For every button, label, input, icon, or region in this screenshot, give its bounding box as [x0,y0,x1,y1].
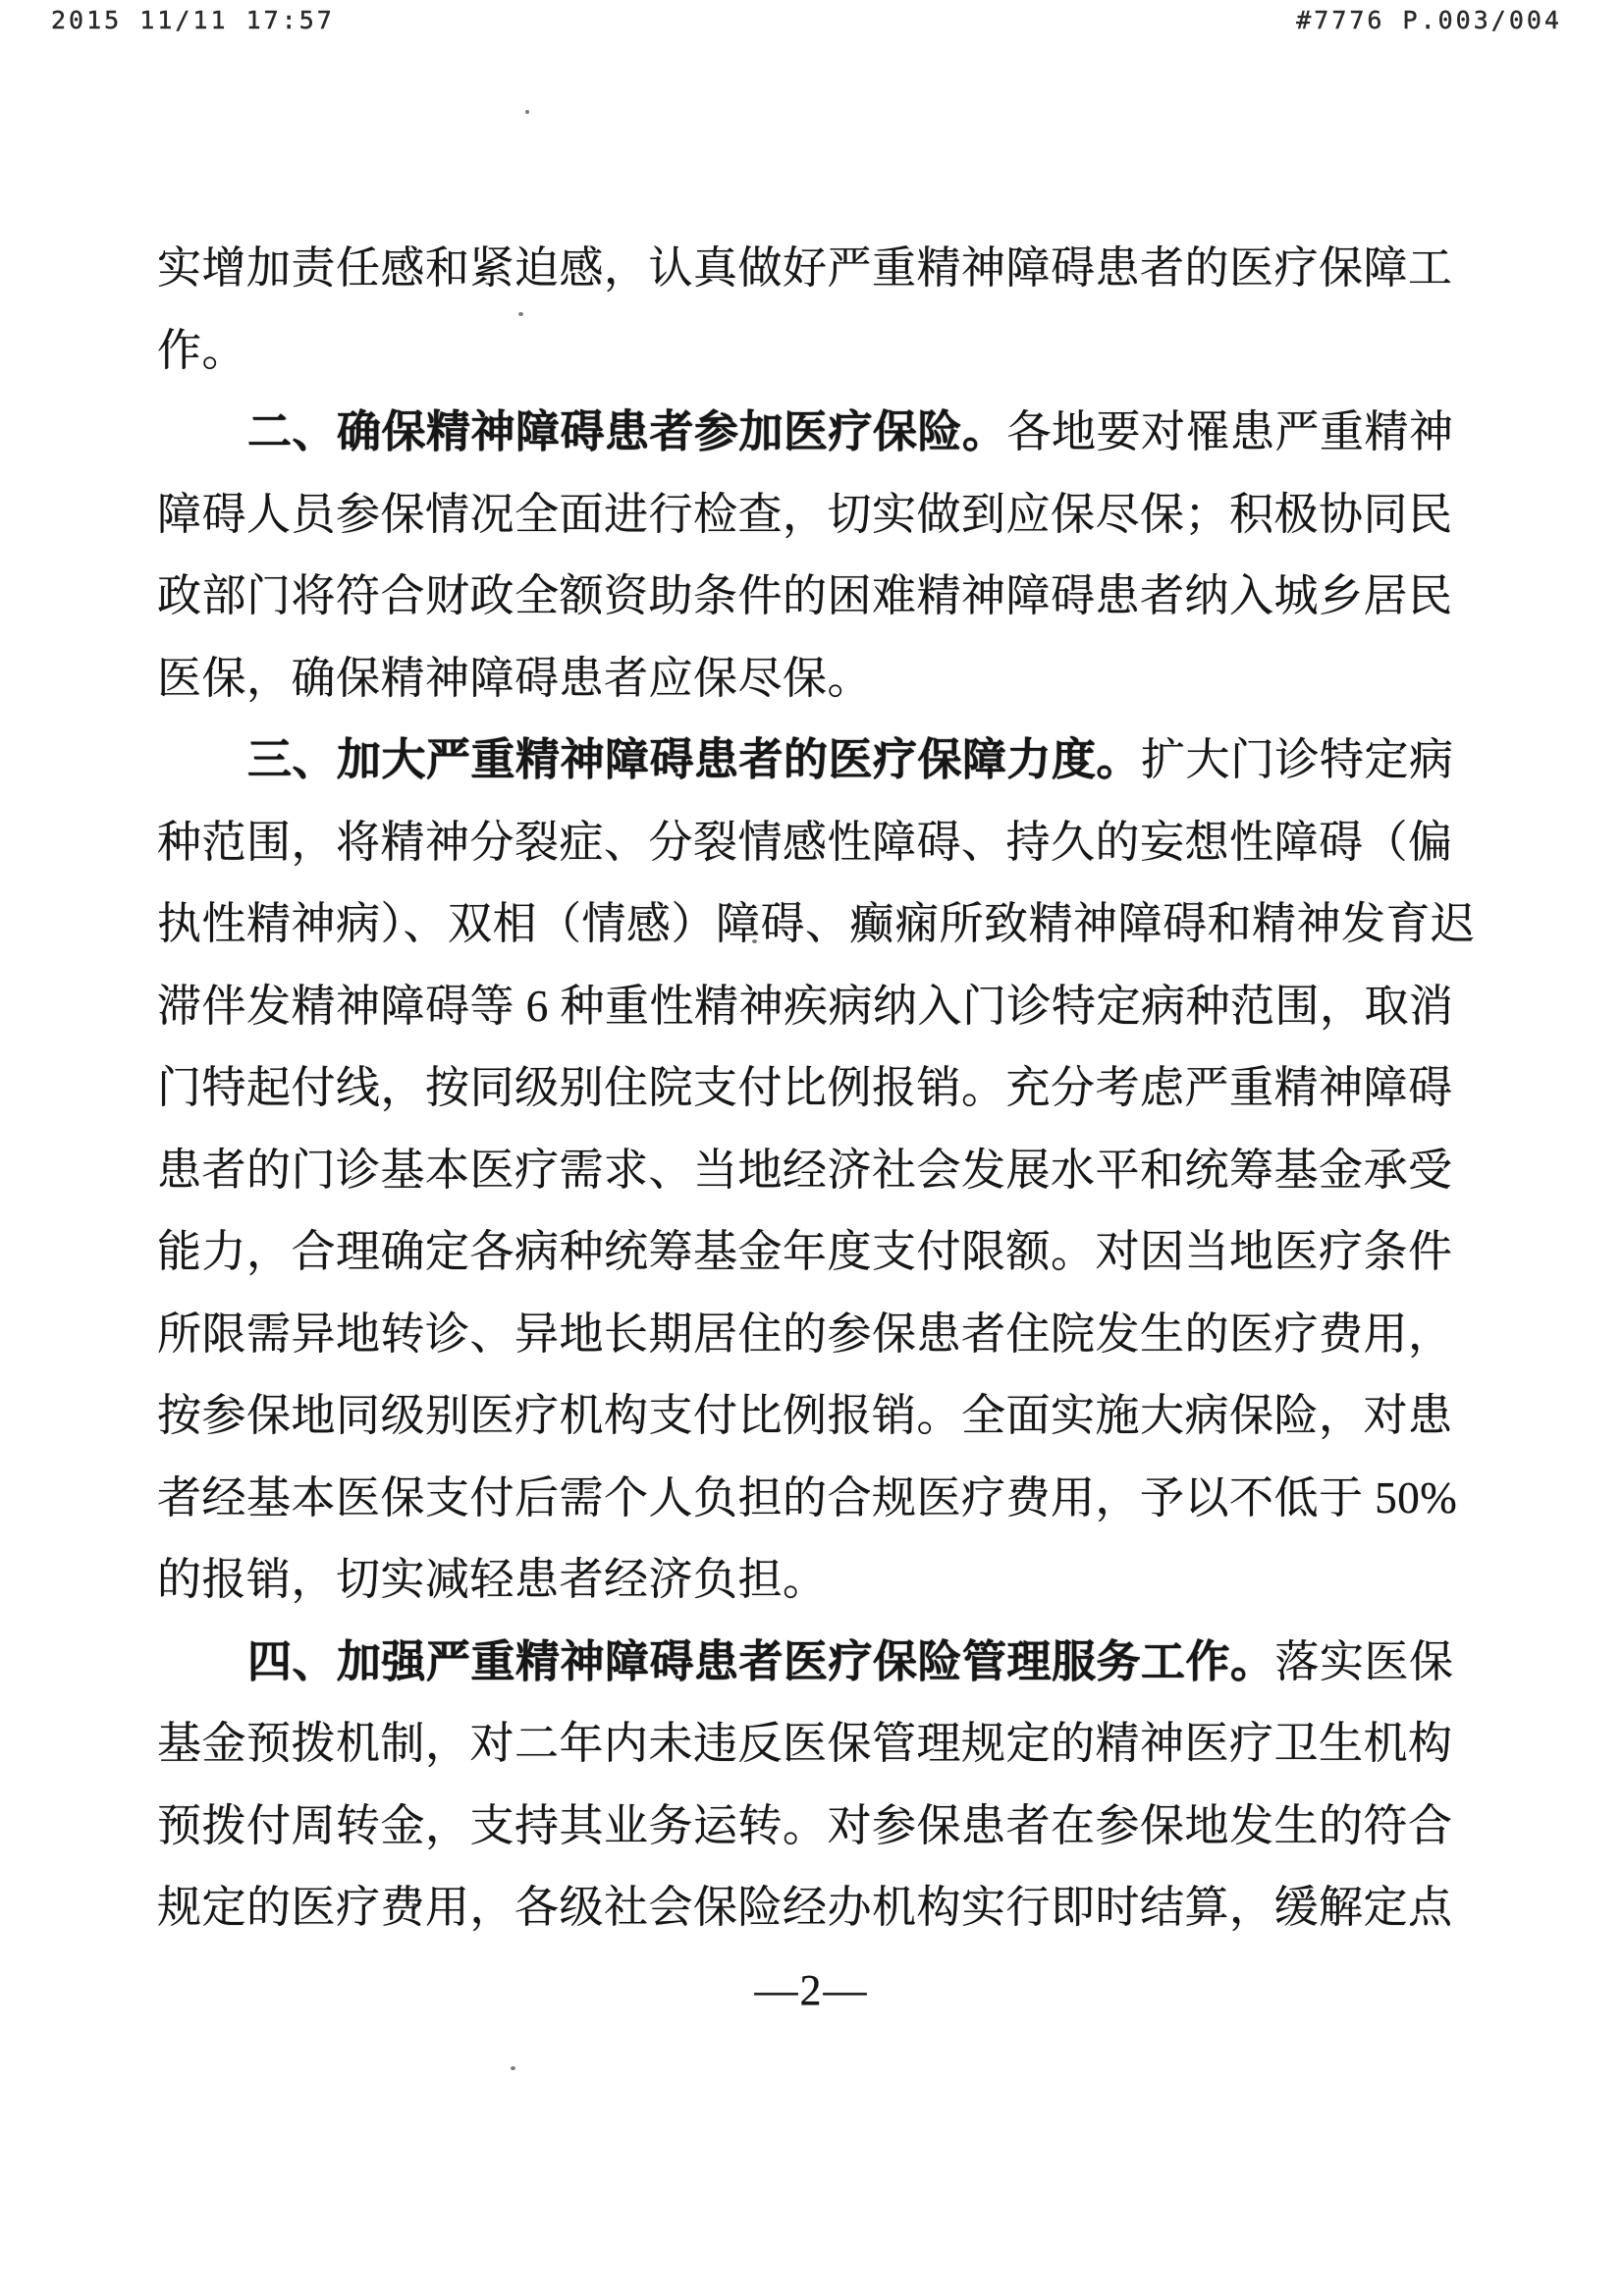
text-line: 障碍人员参保情况全面进行检查，切实做到应保尽保；积极协同民 [157,474,1485,557]
scan-artifact [511,2066,515,2070]
text-line: 执性精神病）、双相（情感）障碍、癫痫所致精神障碍和精神发育迟 [157,883,1485,966]
line-text: 落实医保 [1275,1637,1454,1686]
line-text: 扩大门诊特定病 [1141,735,1454,784]
fax-timestamp: 2015 11/11 17:57 [51,6,335,34]
scan-artifact [525,110,529,114]
text-line: 者经基本医保支付后需个人负担的合规医疗费用，予以不低于 50% [157,1458,1485,1540]
line-text: 障碍人员参保情况全面进行检查，切实做到应保尽保；积极协同民 [157,490,1453,539]
text-line: 门特起付线，按同级别住院支付比例报销。充分考虑严重精神障碍 [157,1047,1485,1130]
fax-header: 2015 11/11 17:57 #7776 P.003/004 [51,6,1562,34]
scanned-fax-page: 2015 11/11 17:57 #7776 P.003/004 实增加责任感和… [0,0,1623,2296]
text-line: 所限需异地转诊、异地长期居住的参保患者住院发生的医疗费用， [157,1294,1485,1376]
text-line: 按参保地同级别医疗机构支付比例报销。全面实施大病保险，对患 [157,1375,1485,1458]
fax-page-id: #7776 P.003/004 [1296,6,1562,34]
text-line: 能力，合理确定各病种统筹基金年度支付限额。对因当地医疗条件 [157,1211,1485,1294]
scan-artifact [518,312,523,316]
line-text: 政部门将符合财政全额资助条件的困难精神障碍患者纳入城乡居民 [157,571,1453,620]
line-text: 的报销，切实减轻患者经济负担。 [157,1555,828,1604]
line-text: 医保，确保精神障碍患者应保尽保。 [157,654,872,703]
page-number: —2— [0,1965,1623,2015]
text-line: 种范围，将精神分裂症、分裂情感性障碍、持久的妄想性障碍（偏 [157,802,1485,884]
section-heading: 二、确保精神障碍患者参加医疗保险。 [247,407,1007,456]
line-text: 所限需异地转诊、异地长期居住的参保患者住院发生的医疗费用， [157,1309,1453,1359]
text-line: 的报销，切实减轻患者经济负担。 [157,1539,1485,1622]
line-text: 预拨付周转金，支持其业务运转。对参保患者在参保地发生的符合 [157,1801,1453,1850]
line-text: 种范围，将精神分裂症、分裂情感性障碍、持久的妄想性障碍（偏 [157,818,1453,867]
text-line: 二、确保精神障碍患者参加医疗保险。各地要对罹患严重精神 [157,392,1485,474]
text-line: 基金预拨机制，对二年内未违反医保管理规定的精神医疗卫生机构 [157,1703,1485,1786]
line-text: 各地要对罹患严重精神 [1007,407,1454,456]
text-line: 预拨付周转金，支持其业务运转。对参保患者在参保地发生的符合 [157,1786,1485,1868]
scan-artifact [752,939,757,943]
line-text: 门特起付线，按同级别住院支付比例报销。充分考虑严重精神障碍 [157,1063,1453,1112]
text-line: 政部门将符合财政全额资助条件的困难精神障碍患者纳入城乡居民 [157,556,1485,638]
line-text: 实增加责任感和紧迫感，认真做好严重精神障碍患者的医疗保障工 [157,243,1453,293]
line-text: 作。 [157,326,246,375]
line-text: 滞伴发精神障碍等 6 种重性精神疾病纳入门诊特定病种范围，取消 [157,982,1454,1031]
document-body: 实增加责任感和紧迫感，认真做好严重精神障碍患者的医疗保障工 作。 二、确保精神障… [157,228,1485,1949]
line-text: 能力，合理确定各病种统筹基金年度支付限额。对因当地医疗条件 [157,1227,1453,1276]
section-heading: 四、加强严重精神障碍患者医疗保险管理服务工作。 [247,1637,1275,1686]
text-line: 医保，确保精神障碍患者应保尽保。 [157,638,1485,721]
text-line: 患者的门诊基本医疗需求、当地经济社会发展水平和统筹基金承受 [157,1130,1485,1212]
line-text: 基金预拨机制，对二年内未违反医保管理规定的精神医疗卫生机构 [157,1719,1453,1768]
line-text: 执性精神病）、双相（情感）障碍、癫痫所致精神障碍和精神发育迟 [157,899,1476,948]
line-text: 规定的医疗费用，各级社会保险经办机构实行即时结算，缓解定点 [157,1883,1453,1932]
text-line: 规定的医疗费用，各级社会保险经办机构实行即时结算，缓解定点 [157,1867,1485,1949]
section-heading: 三、加大严重精神障碍患者的医疗保障力度。 [247,735,1141,784]
line-text: 患者的门诊基本医疗需求、当地经济社会发展水平和统筹基金承受 [157,1146,1453,1195]
text-line: 四、加强严重精神障碍患者医疗保险管理服务工作。落实医保 [157,1622,1485,1704]
scan-artifact [517,1327,521,1331]
text-line: 实增加责任感和紧迫感，认真做好严重精神障碍患者的医疗保障工 [157,228,1485,310]
text-line: 作。 [157,310,1485,393]
line-text: 者经基本医保支付后需个人负担的合规医疗费用，予以不低于 50% [157,1473,1457,1522]
line-text: 按参保地同级别医疗机构支付比例报销。全面实施大病保险，对患 [157,1391,1453,1440]
text-line: 滞伴发精神障碍等 6 种重性精神疾病纳入门诊特定病种范围，取消 [157,966,1485,1048]
text-line: 三、加大严重精神障碍患者的医疗保障力度。扩大门诊特定病 [157,720,1485,802]
